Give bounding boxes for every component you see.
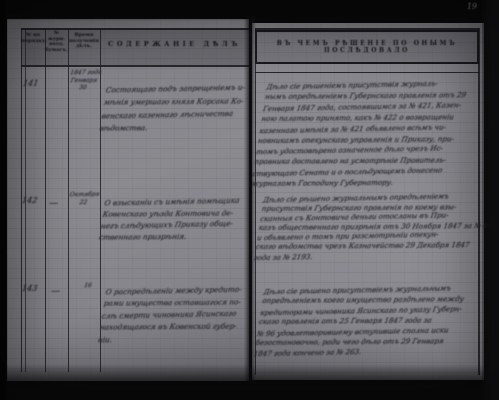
- binding-gutter-line: [250, 16, 252, 384]
- entry-subject: О взысканіи съ имѣнія помѣщикаКовенскаго…: [98, 195, 252, 243]
- resolution-entry: Дѣло сіе рѣшено присутствіемъ журнальным…: [253, 283, 481, 359]
- entry-date: 16: [72, 282, 103, 290]
- right-page: ВЪ ЧЕМЪ РѢШЕНІЕ ПО ОНЫМЪ ПОСЛѢДОВАЛО Дѣл…: [251, 23, 484, 380]
- entry-date: Октября22: [68, 191, 101, 206]
- entry-number: 141: [22, 79, 39, 88]
- scan-edge-right: [482, 0, 499, 400]
- page-corner-number: 19: [467, 2, 477, 11]
- resolution-entry: Дѣло сіе рѣшено журнальнымъ опредѣленіем…: [253, 191, 480, 261]
- column-header-resolution: ВЪ ЧЕМЪ РѢШЕНІЕ ПО ОНЫМЪ ПОСЛѢДОВАЛО: [257, 40, 477, 54]
- column-header-journal-number: № журн. вход. бумагъ.: [45, 31, 68, 53]
- left-page: № по порядку. № журн. вход. бумагъ. Врем…: [7, 19, 249, 381]
- table-header-bottom-line: [255, 72, 479, 73]
- table-border-line: [255, 28, 256, 375]
- journal-dash: —: [48, 199, 59, 209]
- table-column-line: [45, 28, 46, 372]
- table-header-bottom-line: [21, 65, 249, 67]
- entry-subject: О распредѣленіи между кредито-рами имуще…: [97, 284, 253, 346]
- scanned-register-spread: № по порядку. № журн. вход. бумагъ. Врем…: [0, 0, 499, 400]
- entry-number: 142: [21, 196, 38, 205]
- entry-number: 143: [21, 284, 38, 293]
- column-header-order-number: № по порядку.: [21, 33, 45, 44]
- column-header-case-content: СОДЕРЖАНІЕ ДѢЛЪ: [100, 40, 249, 48]
- entry-subject: Состоящаго подъ запрещеніемъ и-мѣнія уме…: [99, 81, 254, 135]
- resolution-entry: Дѣло сіе рѣшеніемъ присутствія журналь-н…: [250, 78, 484, 190]
- column-header-date-received: Время полученія дѣлъ.: [68, 33, 100, 50]
- entry-date: 1847 годаГенваря30: [67, 69, 101, 92]
- journal-dash: —: [50, 287, 61, 297]
- column-header-resolution-box: ВЪ ЧЕМЪ РѢШЕНІЕ ПО ОНЫМЪ ПОСЛѢДОВАЛО: [255, 30, 479, 64]
